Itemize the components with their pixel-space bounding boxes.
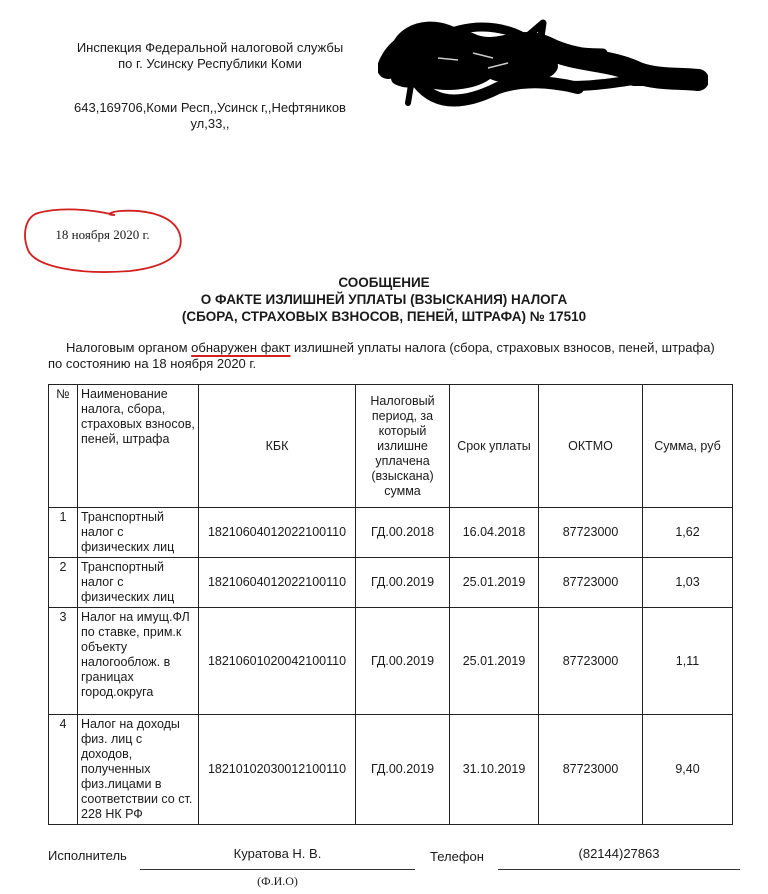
col-header-name: Наименование налога, сбора, страховых вз… [78,385,199,508]
tax-period: ГД.00.2019 [356,715,450,825]
oktmo-code: 87723000 [539,608,643,715]
tax-period: ГД.00.2018 [356,508,450,558]
due-date: 16.04.2018 [450,508,539,558]
oktmo-code: 87723000 [539,508,643,558]
kbk-code: 18210604012022100110 [199,508,356,558]
title-line-1: СООБЩЕНИЕ [0,274,768,291]
tax-office-line-2: по г. Усинску Республики Коми [40,56,380,72]
kbk-code: 18210604012022100110 [199,558,356,608]
phone-label: Телефон [430,849,484,864]
table-header-row: № Наименование налога, сбора, страховых … [49,385,733,508]
row-number: 1 [49,508,78,558]
document-date-annotated: 18 ноября 2020 г. [20,205,185,277]
phone-line [498,869,740,870]
executor-label: Исполнитель [48,848,127,863]
sum-amount: 1,11 [643,608,733,715]
executor-caption: (Ф.И.О) [140,874,415,889]
title-line-2: О ФАКТЕ ИЗЛИШНЕЙ УПЛАТЫ (ВЗЫСКАНИЯ) НАЛО… [0,291,768,308]
document-date: 18 ноября 2020 г. [20,227,185,243]
tax-name: Налог на имущ.ФЛ по ставке, прим.к объек… [78,608,199,715]
tax-office-address: 643,169706,Коми Респ,,Усинск г,,Нефтяник… [40,100,380,132]
executor-signature-line [140,869,415,870]
tax-office-name: Инспекция Федеральной налоговой службы п… [40,40,380,72]
table-row: 1 Транспортный налог с физических лиц 18… [49,508,733,558]
table-row: 3 Налог на имущ.ФЛ по ставке, прим.к объ… [49,608,733,715]
tax-office-line-1: Инспекция Федеральной налоговой службы [40,40,380,56]
tax-name: Транспортный налог с физических лиц [78,558,199,608]
tax-period: ГД.00.2019 [356,608,450,715]
due-date: 25.01.2019 [450,558,539,608]
col-header-oktmo: ОКТМО [539,385,643,508]
address-line-1: 643,169706,Коми Респ,,Усинск г,,Нефтяник… [40,100,380,116]
address-line-2: ул,33,, [40,116,380,132]
table-row: 2 Транспортный налог с физических лиц 18… [49,558,733,608]
due-date: 31.10.2019 [450,715,539,825]
executor-name: Куратова Н. В. [140,846,415,861]
oktmo-code: 87723000 [539,715,643,825]
due-date: 25.01.2019 [450,608,539,715]
col-header-number: № [49,385,78,508]
col-header-sum: Сумма, руб [643,385,733,508]
intro-text-1: Налоговым органом [66,340,191,355]
kbk-code: 18210102030012100110 [199,715,356,825]
table-row: 4 Налог на доходы физ. лиц с доходов, по… [49,715,733,825]
tax-period: ГД.00.2019 [356,558,450,608]
intro-paragraph: Налоговым органом обнаружен факт излишне… [48,340,738,372]
sum-amount: 1,03 [643,558,733,608]
col-header-kbk: КБК [199,385,356,508]
sum-amount: 9,40 [643,715,733,825]
redaction-scribble [378,8,708,118]
intro-text-3: по состоянию на 18 ноября 2020 г. [48,356,256,371]
oktmo-code: 87723000 [539,558,643,608]
intro-highlighted-text: обнаружен факт [191,340,290,355]
phone-value: (82144)27863 [498,846,740,861]
row-number: 3 [49,608,78,715]
tax-name: Транспортный налог с физических лиц [78,508,199,558]
kbk-code: 18210601020042100110 [199,608,356,715]
row-number: 4 [49,715,78,825]
row-number: 2 [49,558,78,608]
overpayment-table: № Наименование налога, сбора, страховых … [48,384,733,825]
col-header-period: Налоговый период, за который излишне упл… [356,385,450,508]
col-header-due-date: Срок уплаты [450,385,539,508]
intro-text-2: излишней уплаты налога (сбора, страховых… [290,340,714,355]
tax-name: Налог на доходы физ. лиц с доходов, полу… [78,715,199,825]
title-line-3: (СБОРА, СТРАХОВЫХ ВЗНОСОВ, ПЕНЕЙ, ШТРАФА… [0,308,768,325]
sum-amount: 1,62 [643,508,733,558]
document-title: СООБЩЕНИЕ О ФАКТЕ ИЗЛИШНЕЙ УПЛАТЫ (ВЗЫСК… [0,274,768,325]
